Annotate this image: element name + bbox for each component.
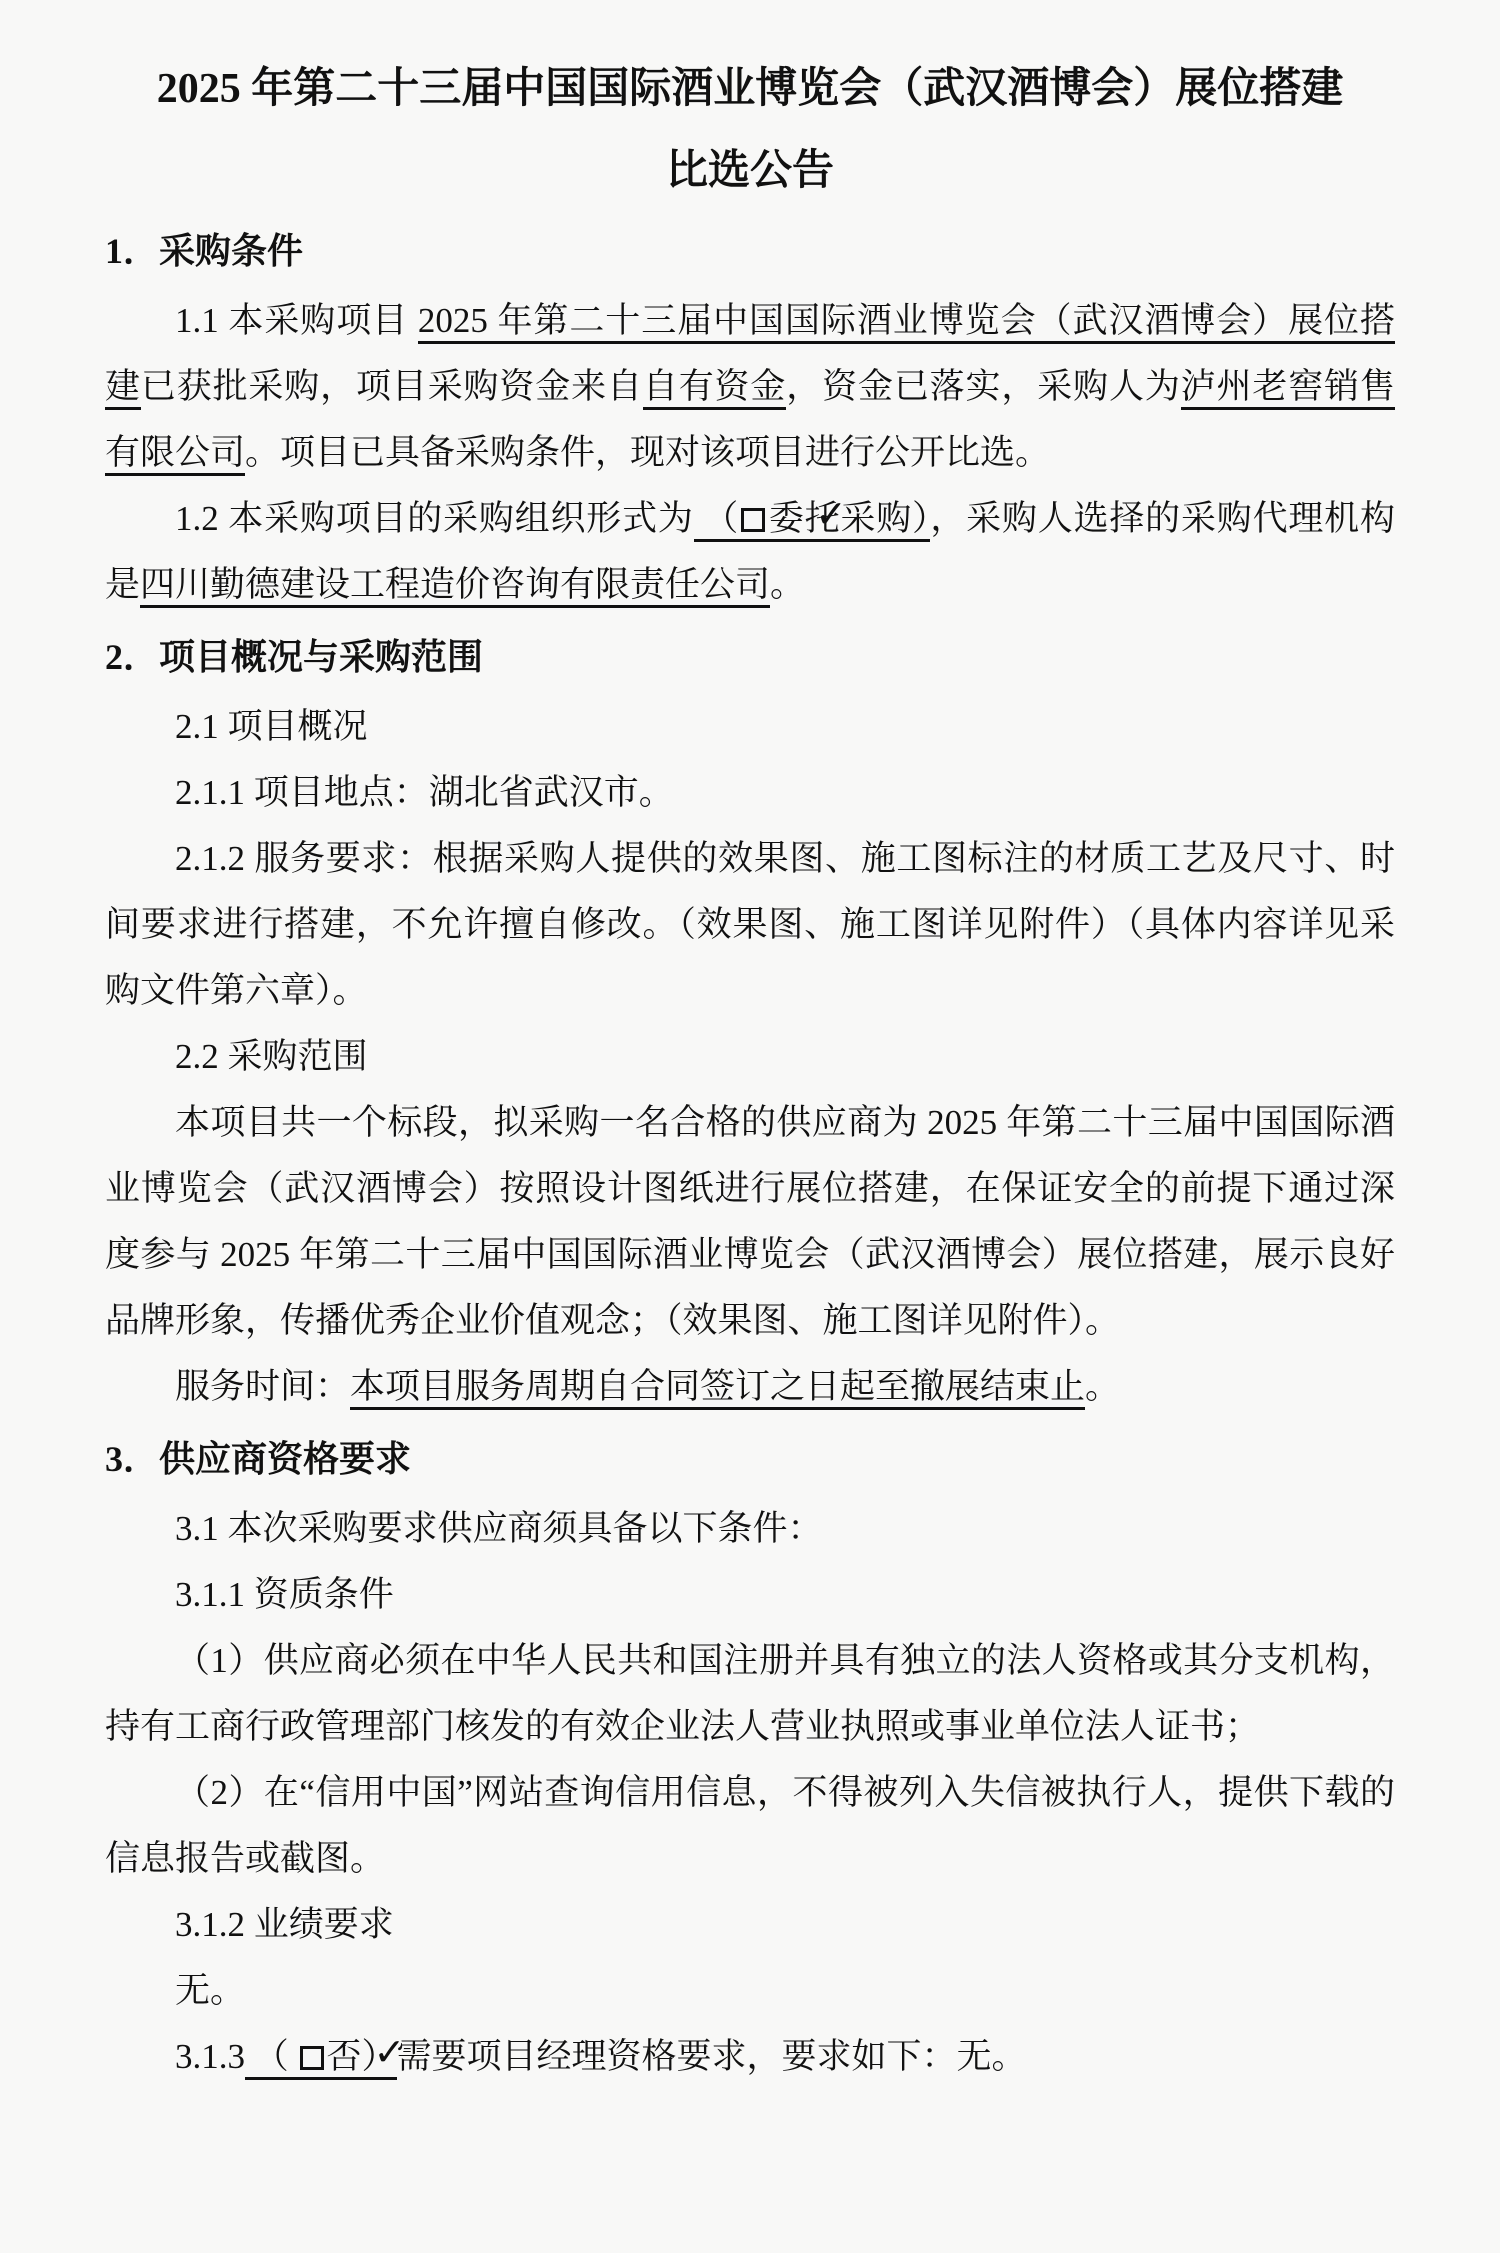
clause-3-1-3: 3.1.3 （ ✓否）需要项目经理资格要求，要求如下：无。 <box>105 2024 1395 2090</box>
service-time-end: 。 <box>1085 1367 1120 1406</box>
clause-1-1-text: ，资金已落实，采购人为 <box>786 367 1180 406</box>
agency-name-underline: 四川勤德建设工程造价咨询有限责任公司 <box>140 565 770 608</box>
clause-2-2-body: 本项目共一个标段，拟采购一名合格的供应商为 2025 年第二十三届中国国际酒业博… <box>105 1090 1395 1354</box>
clause-3-1-2-none: 无。 <box>105 1958 1395 2024</box>
clause-1-1-text: 。项目已具备采购条件，现对该项目进行公开比选。 <box>245 433 1050 472</box>
clause-3-1-2: 3.1.2 业绩要求 <box>105 1892 1395 1958</box>
clause-3-1-1: 3.1.1 资质条件 <box>105 1562 1395 1628</box>
document-title-line2: 比选公告 <box>105 130 1395 212</box>
clause-1-1: 1.1 本采购项目 2025 年第二十三届中国国际酒业博览会（武汉酒博会）展位搭… <box>105 288 1395 486</box>
procurement-form-open: （ <box>694 499 739 538</box>
clause-3-1-3-number: 3.1.3 <box>175 2037 245 2076</box>
section-3-heading: 3．供应商资格要求 <box>105 1424 1395 1494</box>
procurement-form-underline: （✓委托采购） <box>694 499 931 542</box>
clause-2-1-2: 2.1.2 服务要求：根据采购人提供的效果图、施工图标注的材质工艺及尺寸、时间要… <box>105 826 1395 1024</box>
service-time-clause: 服务时间：本项目服务周期自合同签订之日起至撤展结束止。 <box>105 1354 1395 1420</box>
clause-3-1: 3.1 本次采购要求供应商须具备以下条件： <box>105 1496 1395 1562</box>
clause-1-2-text: 1.2 本采购项目的采购组织形式为 <box>175 499 694 538</box>
checkbox-checked-icon: ✓ <box>300 2046 324 2070</box>
project-manager-requirement-underline: （ ✓否） <box>245 2037 397 2080</box>
check-mark-icon: ✓ <box>304 2033 406 2071</box>
section-1-heading: 1．采购条件 <box>105 216 1395 286</box>
clause-2-2: 2.2 采购范围 <box>105 1024 1395 1090</box>
section-2-heading: 2．项目概况与采购范围 <box>105 622 1395 692</box>
checkbox-checked-icon: ✓ <box>741 508 765 532</box>
clause-1-2-text: 。 <box>770 565 805 604</box>
clause-3-1-1-item1: （1）供应商必须在中华人民共和国注册并具有独立的法人资格或其分支机构，持有工商行… <box>105 1628 1395 1760</box>
clause-1-1-text: 1.1 本采购项目 <box>175 301 418 340</box>
service-period-underline: 本项目服务周期自合同签订之日起至撤展结束止 <box>350 1367 1085 1410</box>
clause-1-2: 1.2 本采购项目的采购组织形式为 （✓委托采购），采购人选择的采购代理机构是四… <box>105 486 1395 618</box>
clause-2-1: 2.1 项目概况 <box>105 694 1395 760</box>
clause-3-1-1-item2: （2）在“信用中国”网站查询信用信息，不得被列入失信被执行人，提供下载的信息报告… <box>105 1760 1395 1892</box>
pm-requirement-open: （ <box>245 2037 298 2076</box>
check-mark-icon: ✓ <box>745 495 847 533</box>
service-time-label: 服务时间： <box>175 1367 350 1406</box>
clause-2-1-1: 2.1.1 项目地点：湖北省武汉市。 <box>105 760 1395 826</box>
fund-source-underline: 自有资金 <box>643 367 786 410</box>
clause-1-1-text: 已获批采购，项目采购资金来自 <box>141 367 643 406</box>
document-page: 2025 年第二十三届中国国际酒业博览会（武汉酒博会）展位搭建 比选公告 1．采… <box>0 0 1500 2253</box>
document-title-line1: 2025 年第二十三届中国国际酒业博览会（武汉酒博会）展位搭建 <box>105 48 1395 130</box>
clause-3-1-3-text: 需要项目经理资格要求，要求如下：无。 <box>397 2037 1027 2076</box>
